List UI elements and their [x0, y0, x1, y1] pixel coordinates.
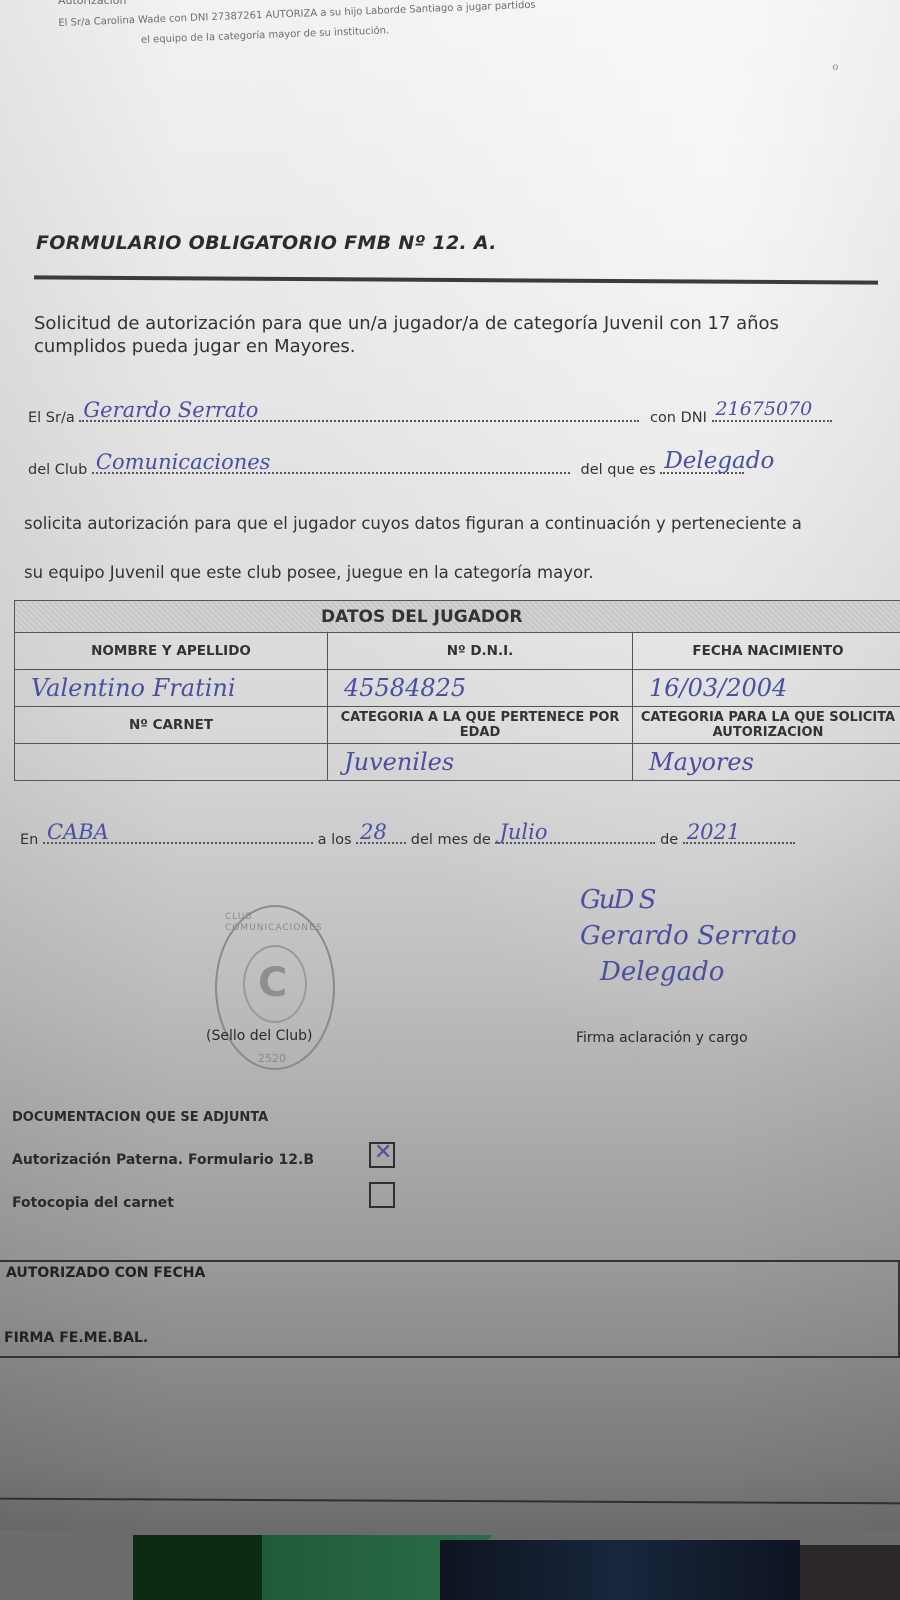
label-en: En: [20, 832, 38, 848]
form-intro: Solicitud de autorización para que un/a …: [34, 312, 874, 358]
requested-category-value: Mayores: [649, 748, 754, 776]
role-field[interactable]: Delegado: [660, 460, 744, 474]
player-dni-cell[interactable]: 45584825: [328, 670, 633, 707]
table-header-row: Nº CARNET CATEGORIA A LA QUE PERTENECE P…: [15, 707, 900, 744]
header-carnet: Nº CARNET: [15, 707, 328, 744]
signature-scribble: GuD S: [580, 882, 797, 918]
table-band-title: DATOS DEL JUGADOR: [15, 601, 900, 633]
attachments-heading: DOCUMENTACION QUE SE ADJUNTA: [12, 1110, 268, 1125]
header-name: NOMBRE Y APELLIDO: [15, 633, 328, 670]
label-month: del mes de: [411, 832, 491, 848]
table-row: Valentino Fratini 45584825 16/03/2004: [15, 670, 900, 707]
club-line: del Club Comunicaciones del que es Deleg…: [28, 460, 744, 478]
table-row: Juveniles Mayores: [15, 744, 900, 781]
attachment-checkbox-carnet[interactable]: [369, 1182, 395, 1208]
request-text-1: solicita autorización para que el jugado…: [24, 514, 894, 533]
header-dni: Nº D.N.I.: [328, 633, 633, 670]
day-field[interactable]: 28: [356, 830, 406, 844]
signature-caption: Firma aclaración y cargo: [576, 1030, 748, 1046]
requester-dni-value: 21675070: [716, 398, 813, 420]
signature-name: Gerardo Serrato: [580, 918, 797, 954]
player-name-cell[interactable]: Valentino Fratini: [15, 670, 328, 707]
age-category-value: Juveniles: [344, 748, 454, 776]
label-role: del que es: [581, 462, 656, 478]
carnet-cell[interactable]: [15, 744, 328, 781]
player-birthdate-value: 16/03/2004: [649, 674, 787, 702]
player-name-value: Valentino Fratini: [31, 674, 236, 702]
requester-line: El Sr/a Gerardo Serrato con DNI 21675070: [28, 408, 832, 426]
requester-name-field[interactable]: Gerardo Serrato: [79, 408, 639, 422]
club-logo-icon: C: [258, 960, 287, 1006]
player-birthdate-cell[interactable]: 16/03/2004: [633, 670, 900, 707]
form-title: FORMULARIO OBLIGATORIO FMB Nº 12. A.: [36, 232, 497, 254]
requested-category-cell[interactable]: Mayores: [633, 744, 900, 781]
place-value: CABA: [47, 820, 109, 844]
bottom-divider: [0, 1498, 900, 1505]
stamp-ring-text: CLUB COMUNICACIONES: [225, 912, 335, 934]
header-birthdate: FECHA NACIMIENTO: [633, 633, 900, 670]
month-value: Julio: [499, 820, 547, 844]
player-dni-value: 45584825: [344, 674, 466, 702]
club-field[interactable]: Comunicaciones: [92, 460, 570, 474]
background-object-navy: [440, 1540, 800, 1600]
label-day: a los: [318, 832, 352, 848]
label-year: de: [660, 832, 678, 848]
player-data-table: DATOS DEL JUGADOR NOMBRE Y APELLIDO Nº D…: [14, 600, 900, 781]
header-requested-category: CATEGORIA PARA LA QUE SOLICITA AUTORIZAC…: [633, 707, 900, 744]
federation-signature-label: FIRMA FE.ME.BAL.: [4, 1330, 148, 1346]
place-date-line: En CABA a los 28 del mes de Julio de 202…: [20, 830, 795, 848]
label-club: del Club: [28, 462, 87, 478]
club-value: Comunicaciones: [96, 450, 271, 474]
stamp-caption: (Sello del Club): [206, 1028, 312, 1044]
label-name: El Sr/a: [28, 410, 75, 426]
parental-authorization-snippet: El Sr/a Carolina Wade con DNI 27387261 A…: [58, 0, 699, 54]
attachment-label-carnet: Fotocopia del carnet: [12, 1195, 174, 1211]
requester-name-value: Gerardo Serrato: [83, 398, 258, 422]
header-age-category: CATEGORIA A LA QUE PERTENECE POR EDAD: [328, 707, 633, 744]
role-value: Delegado: [664, 448, 774, 474]
signature-role: Delegado: [580, 954, 797, 990]
age-category-cell[interactable]: Juveniles: [328, 744, 633, 781]
stamp-number: 2520: [258, 1052, 286, 1065]
attachment-checkbox-parental[interactable]: ✕: [369, 1142, 395, 1168]
table-header-row: NOMBRE Y APELLIDO Nº D.N.I. FECHA NACIMI…: [15, 633, 900, 670]
signature[interactable]: GuD S Gerardo Serrato Delegado: [580, 882, 797, 990]
year-value: 2021: [687, 820, 740, 844]
checkmark-x-icon: ✕: [374, 1140, 392, 1165]
background-object-dark: [800, 1545, 900, 1600]
day-value: 28: [360, 820, 387, 844]
authorized-date-label: AUTORIZADO CON FECHA: [6, 1265, 205, 1281]
top-cut-heading: Autorización: [58, 0, 126, 7]
label-dni: con DNI: [650, 410, 707, 426]
place-field[interactable]: CABA: [43, 830, 313, 844]
request-text-2: su equipo Juvenil que este club posee, j…: [24, 563, 894, 582]
year-field[interactable]: 2021: [683, 830, 795, 844]
title-divider: [34, 275, 878, 284]
month-field[interactable]: Julio: [495, 830, 655, 844]
background-object-dark-green: [133, 1535, 263, 1600]
attachment-label-parental: Autorización Paterna. Formulario 12.B: [12, 1152, 314, 1168]
corner-mark-icon: ℴ: [832, 58, 838, 74]
requester-dni-field[interactable]: 21675070: [712, 408, 832, 422]
